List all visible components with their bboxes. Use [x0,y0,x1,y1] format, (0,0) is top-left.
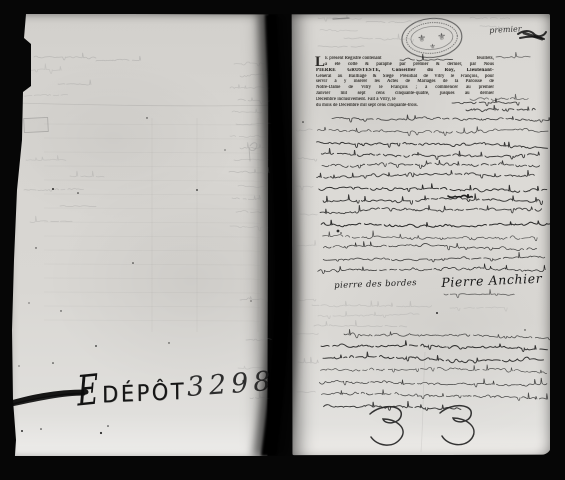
scanned-register-image: ⚜ ⚜ ⚜ premier L E présent Registre conte… [0,0,565,480]
stamp-outer-ring [400,16,463,60]
depot-mark-word: DÉPÔT [102,379,186,406]
scan-border-bottom [0,456,565,480]
depot-cote-number: 3298 [186,368,276,402]
depot-mark-prefix: E [76,369,100,413]
printed-line: du mois de Décembre mil sept cens cinqua… [316,103,494,109]
printed-line: a été cotté & paraphé par premier & dern… [316,62,494,68]
printed-register-header: L E présent Registre contenant feuillets… [316,56,494,109]
fleur-de-lis-icon: ⚜ [437,32,447,44]
printed-line-text: feuillets, [477,56,494,62]
scan-border-right [550,0,565,480]
printed-line: PIERRE GROSTESTE, Conseiller du Roy, Lie… [316,68,494,74]
printed-line-text: E présent Registre contenant [325,56,382,62]
fleur-de-lis-icon: ⚜ [417,33,427,45]
fleur-de-lis-icon: ⚜ [429,43,436,52]
corner-annotation: premier [489,24,522,35]
drop-cap: L [315,56,325,68]
printed-line-text: Décembre inclusivement. Fait à Vitry, le [316,97,396,103]
scan-border-top [0,0,565,14]
